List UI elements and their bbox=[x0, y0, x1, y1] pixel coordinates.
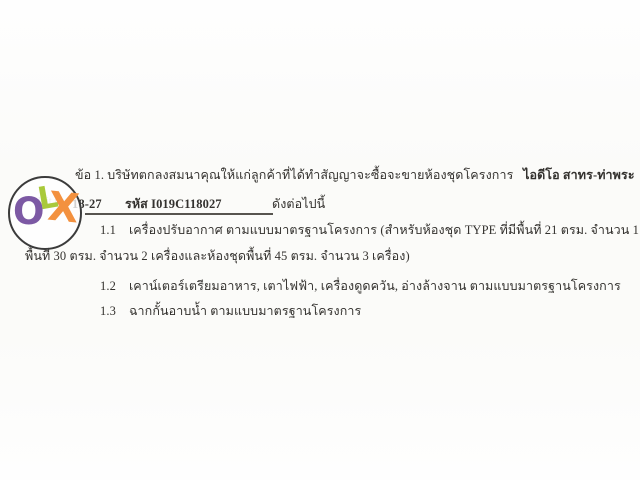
item-text: เครื่องปรับอากาศ ตามแบบมาตรฐานโครงการ (ส… bbox=[129, 221, 640, 240]
list-item-continuation: พื้นที่ 30 ตรม. จำนวน 2 เครื่องและห้องชุ… bbox=[25, 247, 410, 266]
project-name: ไอดีโอ สาทร-ท่าพระ bbox=[523, 168, 635, 182]
list-item: 1.2 เคาน์เตอร์เตรียมอาหาร, เตาไฟฟ้า, เคร… bbox=[100, 277, 621, 296]
item-number: 1.2 bbox=[100, 277, 116, 296]
clause-line: ข้อ 1. บริษัทตกลงสมนาคุณให้แก่ลูกค้าที่ไ… bbox=[75, 166, 640, 185]
item-number: 1.1 bbox=[100, 221, 116, 240]
item-number: 1.3 bbox=[100, 302, 116, 321]
item-text: เคาน์เตอร์เตรียมอาหาร, เตาไฟฟ้า, เครื่อง… bbox=[129, 277, 621, 296]
scanned-document-page: ข้อ 1. บริษัทตกลงสมนาคุณให้แก่ลูกค้าที่ไ… bbox=[0, 0, 640, 480]
item-text: ฉากกั้นอาบน้ำ ตามแบบมาตรฐานโครงการ bbox=[129, 302, 361, 321]
olx-logo-watermark: O L X bbox=[8, 176, 82, 250]
code-underline bbox=[85, 213, 273, 215]
list-item: 1.1 เครื่องปรับอากาศ ตามแบบมาตรฐานโครงกา… bbox=[100, 221, 640, 240]
following-text: ดังต่อไปนี้ bbox=[272, 195, 325, 214]
clause-prefix: ข้อ 1. บริษัทตกลงสมนาคุณให้แก่ลูกค้าที่ไ… bbox=[75, 168, 513, 182]
olx-letter-x-icon: X bbox=[46, 184, 81, 233]
unit-code: รหัส I019C118027 bbox=[125, 195, 222, 214]
list-item: 1.3 ฉากกั้นอาบน้ำ ตามแบบมาตรฐานโครงการ bbox=[100, 302, 361, 321]
